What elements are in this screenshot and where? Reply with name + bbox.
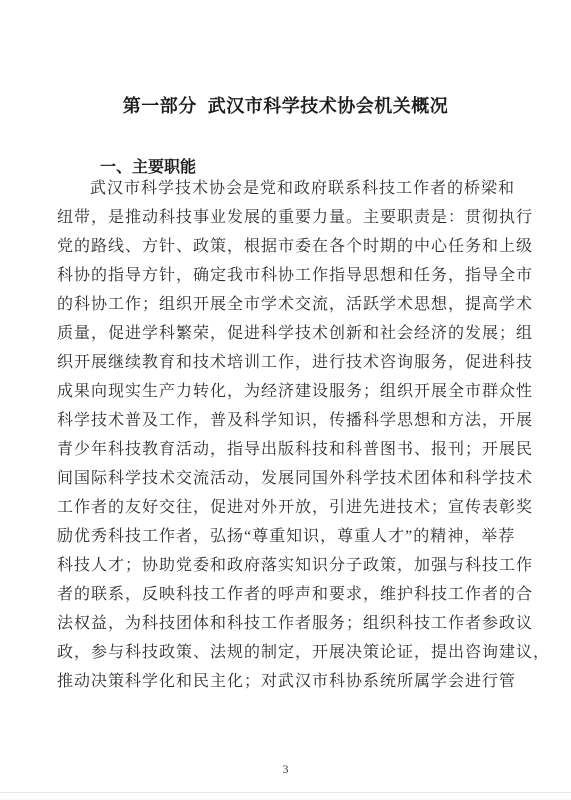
document-title: 第一部分 武汉市科学技术协会机关概况 xyxy=(0,92,571,118)
paragraph-line: 青少年科技教育活动，指导出版科技和科普图书、报刊；开展民 xyxy=(57,435,515,464)
paragraph-line: 政，参与科技政策、法规的制定，开展决策论证，提出咨询建议， xyxy=(57,638,515,667)
page-number: 3 xyxy=(0,762,571,777)
paragraph-line: 党的路线、方针、政策，根据市委在各个时期的中心任务和上级 xyxy=(57,232,515,261)
paragraph-line: 科协的指导方针，确定我市科协工作指导思想和任务，指导全市 xyxy=(57,261,515,290)
paragraph-line: 科学技术普及工作，普及科学知识，传播科学思想和方法，开展 xyxy=(57,406,515,435)
paragraph-line: 科技人才；协助党委和政府落实知识分子政策，加强与科技工作 xyxy=(57,551,515,580)
main-paragraph: 武汉市科学技术协会是党和政府联系科技工作者的桥梁和 纽带，是推动科技事业发展的重… xyxy=(57,174,515,696)
paragraph-line: 的科协工作；组织开展全市学术交流，活跃学术思想，提高学术 xyxy=(57,290,515,319)
paragraph-line: 成果向现实生产力转化，为经济建设服务；组织开展全市群众性 xyxy=(57,377,515,406)
page-bottom-margin xyxy=(0,793,571,800)
paragraph-line: 武汉市科学技术协会是党和政府联系科技工作者的桥梁和 xyxy=(57,174,515,203)
paragraph-line: 间国际科学技术交流活动，发展同国外科学技术团体和科学技术 xyxy=(57,464,515,493)
paragraph-line: 质量，促进学科繁荣，促进科学技术创新和社会经济的发展；组 xyxy=(57,319,515,348)
paragraph-line: 工作者的友好交往，促进对外开放，引进先进技术；宣传表彰奖 xyxy=(57,493,515,522)
paragraph-line: 励优秀科技工作者，弘扬“尊重知识，尊重人才”的精神，举荐 xyxy=(57,522,515,551)
paragraph-line: 织开展继续教育和技术培训工作，进行技术咨询服务，促进科技 xyxy=(57,348,515,377)
document-page: 第一部分 武汉市科学技术协会机关概况 一、主要职能 武汉市科学技术协会是党和政府… xyxy=(0,0,571,800)
paragraph-line: 法权益，为科技团体和科技工作者服务；组织科技工作者参政议 xyxy=(57,609,515,638)
paragraph-line: 者的联系，反映科技工作者的呼声和要求，维护科技工作者的合 xyxy=(57,580,515,609)
paragraph-line: 纽带，是推动科技事业发展的重要力量。主要职责是：贯彻执行 xyxy=(57,203,515,232)
paragraph-line: 推动决策科学化和民主化；对武汉市科协系统所属学会进行管 xyxy=(57,667,515,696)
